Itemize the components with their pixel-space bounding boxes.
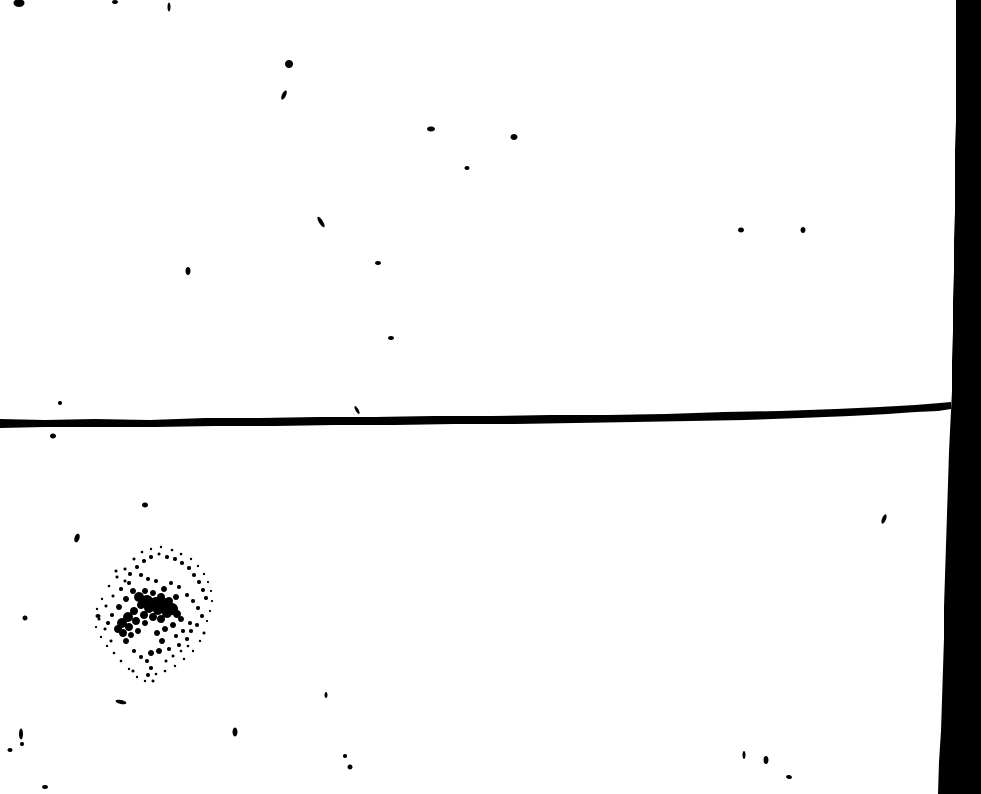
ink-blot-particle: [174, 665, 176, 667]
ink-blot-particle: [142, 588, 148, 594]
ink-blot-particle: [178, 616, 184, 622]
noise-specks: [8, 0, 888, 789]
ink-blot-particle: [180, 553, 183, 556]
ink-blot-particle: [209, 610, 211, 612]
noise-speck: [96, 614, 101, 618]
ink-blot-particle: [148, 650, 154, 656]
ink-blot-particle: [150, 548, 152, 550]
ink-blot-particle: [154, 579, 158, 583]
ink-blot-particle: [123, 638, 129, 644]
ink-blot-particle: [158, 553, 161, 556]
ink-blot-particle: [123, 596, 129, 602]
ink-blot-particle: [192, 573, 196, 577]
noise-speck: [115, 699, 127, 705]
ink-blot-particle: [100, 636, 102, 638]
ink-blot-particle: [180, 650, 183, 653]
ink-blot-particle: [139, 573, 143, 577]
ink-blot-particle: [133, 558, 136, 561]
noise-speck: [19, 729, 23, 740]
ink-blot-particle: [101, 598, 103, 600]
ink-blot-particle: [106, 621, 110, 625]
scanned-page: [0, 0, 981, 794]
ink-blot-particle: [95, 626, 97, 628]
ink-blot-particle: [171, 549, 174, 552]
ink-blot-particle: [169, 581, 173, 585]
ink-blot-particle: [108, 585, 111, 588]
noise-speck: [375, 261, 381, 265]
noise-speck: [880, 514, 887, 525]
noise-speck: [388, 336, 394, 340]
ink-blot-particle: [185, 593, 189, 597]
ink-blot-particle: [174, 634, 178, 638]
ink-blot-particle: [185, 637, 189, 641]
ink-blot-particle: [145, 659, 149, 663]
noise-speck: [285, 60, 293, 68]
ink-blot-particle: [188, 621, 192, 625]
ink-blot-particle: [116, 576, 119, 579]
ink-blot-particle: [130, 588, 136, 594]
noise-speck: [465, 166, 470, 170]
ink-blot-particle: [96, 608, 98, 610]
ink-blot-particle: [196, 606, 200, 610]
noise-speck: [112, 0, 118, 4]
ink-blot-particle: [116, 604, 122, 610]
noise-speck: [738, 228, 744, 233]
ink-blot-particle: [115, 570, 118, 573]
ink-blot-particle: [201, 588, 205, 592]
ink-blot-particle: [164, 670, 167, 673]
ink-blot-particle: [160, 546, 162, 548]
ink-blot-particle: [157, 593, 165, 601]
ink-blot-particle: [206, 620, 208, 622]
ink-blot-particle: [124, 580, 127, 583]
ink-blot-particle: [190, 558, 192, 560]
ink-blot-particle: [132, 617, 140, 625]
ink-blot-particle: [210, 590, 212, 592]
noise-speck: [186, 267, 191, 275]
ink-blot-particle: [181, 629, 185, 633]
ink-blot-particle: [136, 676, 138, 678]
ink-blot-particle: [165, 597, 173, 605]
ink-blot-particle: [112, 595, 115, 598]
ink-blot-particle: [165, 555, 169, 559]
ink-blot-particle: [137, 601, 145, 609]
ink-blot-particle: [191, 599, 195, 603]
ink-blot-particle: [207, 581, 209, 583]
noise-speck: [325, 692, 328, 698]
ink-blot-particle: [203, 573, 205, 575]
noise-speck: [764, 756, 769, 764]
ink-blot-particle: [113, 652, 116, 655]
noise-speck: [316, 216, 326, 228]
ink-blot-particle: [132, 649, 136, 653]
ink-blot-particle: [127, 581, 131, 585]
ink-blot-particle: [167, 647, 171, 651]
noise-speck: [14, 0, 25, 7]
ink-blot-particle: [140, 611, 148, 619]
right-edge-scan-bar: [938, 0, 981, 794]
noise-speck: [343, 754, 347, 758]
ink-blot-particle: [149, 555, 153, 559]
ink-blot-particle: [172, 655, 175, 658]
noise-speck: [348, 765, 353, 770]
ink-blot-particle: [141, 551, 144, 554]
ink-blot-particle: [177, 585, 181, 589]
ink-blot-particle: [173, 594, 179, 600]
noise-speck: [23, 616, 28, 621]
noise-speck: [8, 748, 13, 752]
ink-blot-particle: [154, 630, 160, 636]
ink-blot-particle: [177, 643, 181, 647]
ink-blot-particle: [146, 673, 150, 677]
ink-blot-particle: [150, 590, 156, 596]
ink-blot-particle: [149, 666, 153, 670]
scan-artifacts-layer: [0, 0, 981, 794]
noise-speck: [50, 434, 56, 439]
noise-speck: [427, 127, 435, 132]
ink-blot-particle: [197, 565, 199, 567]
ink-blot-particle: [197, 580, 201, 584]
ink-blot-particle: [180, 561, 184, 565]
ink-blot-particle: [128, 632, 134, 638]
noise-speck: [353, 405, 360, 414]
ink-blot-particle: [146, 577, 150, 581]
ink-blot-particle: [165, 660, 168, 663]
ink-blot-particle: [120, 660, 123, 663]
ink-blot-particle: [156, 648, 162, 654]
ink-blot-particle: [132, 670, 135, 673]
ink-blot-particle: [128, 668, 130, 670]
ink-blot-particle: [104, 628, 107, 631]
ink-blot-particle: [183, 658, 185, 660]
ink-blot-particle: [195, 623, 199, 627]
noise-speck: [786, 775, 793, 780]
noise-speck: [58, 401, 62, 405]
ink-blot-particle: [142, 620, 148, 626]
ink-blot-particle: [170, 622, 176, 628]
ink-blot-particle: [161, 586, 167, 592]
ink-blot-particle: [119, 629, 127, 637]
ink-blot-particle: [106, 645, 108, 647]
noise-speck: [142, 503, 148, 508]
ink-blot-particle: [105, 605, 108, 608]
ink-blot-particle: [144, 680, 146, 682]
ink-blot: [95, 546, 213, 683]
ink-blot-particle: [204, 596, 208, 600]
ink-blot-particle: [110, 613, 114, 617]
ink-blot-particle: [139, 655, 143, 659]
ink-blot-particle: [152, 680, 155, 683]
ink-blot-particle: [142, 559, 146, 563]
noise-speck: [168, 3, 171, 12]
ink-blot-particle: [110, 640, 113, 643]
ink-blot-particle: [173, 557, 177, 561]
ink-blot-particle: [119, 587, 123, 591]
ink-blot-particle: [187, 645, 190, 648]
noise-speck: [280, 90, 288, 101]
noise-speck: [743, 751, 746, 759]
ink-blot-particle: [124, 568, 127, 571]
ink-blot-particle: [159, 638, 165, 644]
noise-speck: [42, 785, 48, 789]
noise-speck: [73, 533, 81, 543]
noise-speck: [20, 742, 24, 746]
noise-speck: [801, 227, 806, 233]
ink-blot-particle: [155, 673, 158, 676]
ink-blot-particle: [157, 615, 165, 623]
ink-blot-particle: [162, 626, 168, 632]
ink-blot-particle: [135, 628, 141, 634]
noise-speck: [511, 134, 518, 140]
ink-blot-particle: [192, 650, 194, 652]
ink-blot-particle: [135, 565, 139, 569]
ink-blot-particle: [125, 623, 133, 631]
ink-blot-particle: [199, 640, 201, 642]
ink-blot-particle: [211, 600, 213, 602]
ink-blot-particle: [200, 614, 204, 618]
ink-blot-particle: [189, 629, 193, 633]
horizontal-rule-line: [0, 402, 951, 428]
ink-blot-particle: [149, 613, 157, 621]
ink-blot-particle: [128, 572, 132, 576]
ink-blot-particle: [203, 632, 206, 635]
noise-speck: [233, 728, 238, 737]
ink-blot-particle: [187, 566, 191, 570]
